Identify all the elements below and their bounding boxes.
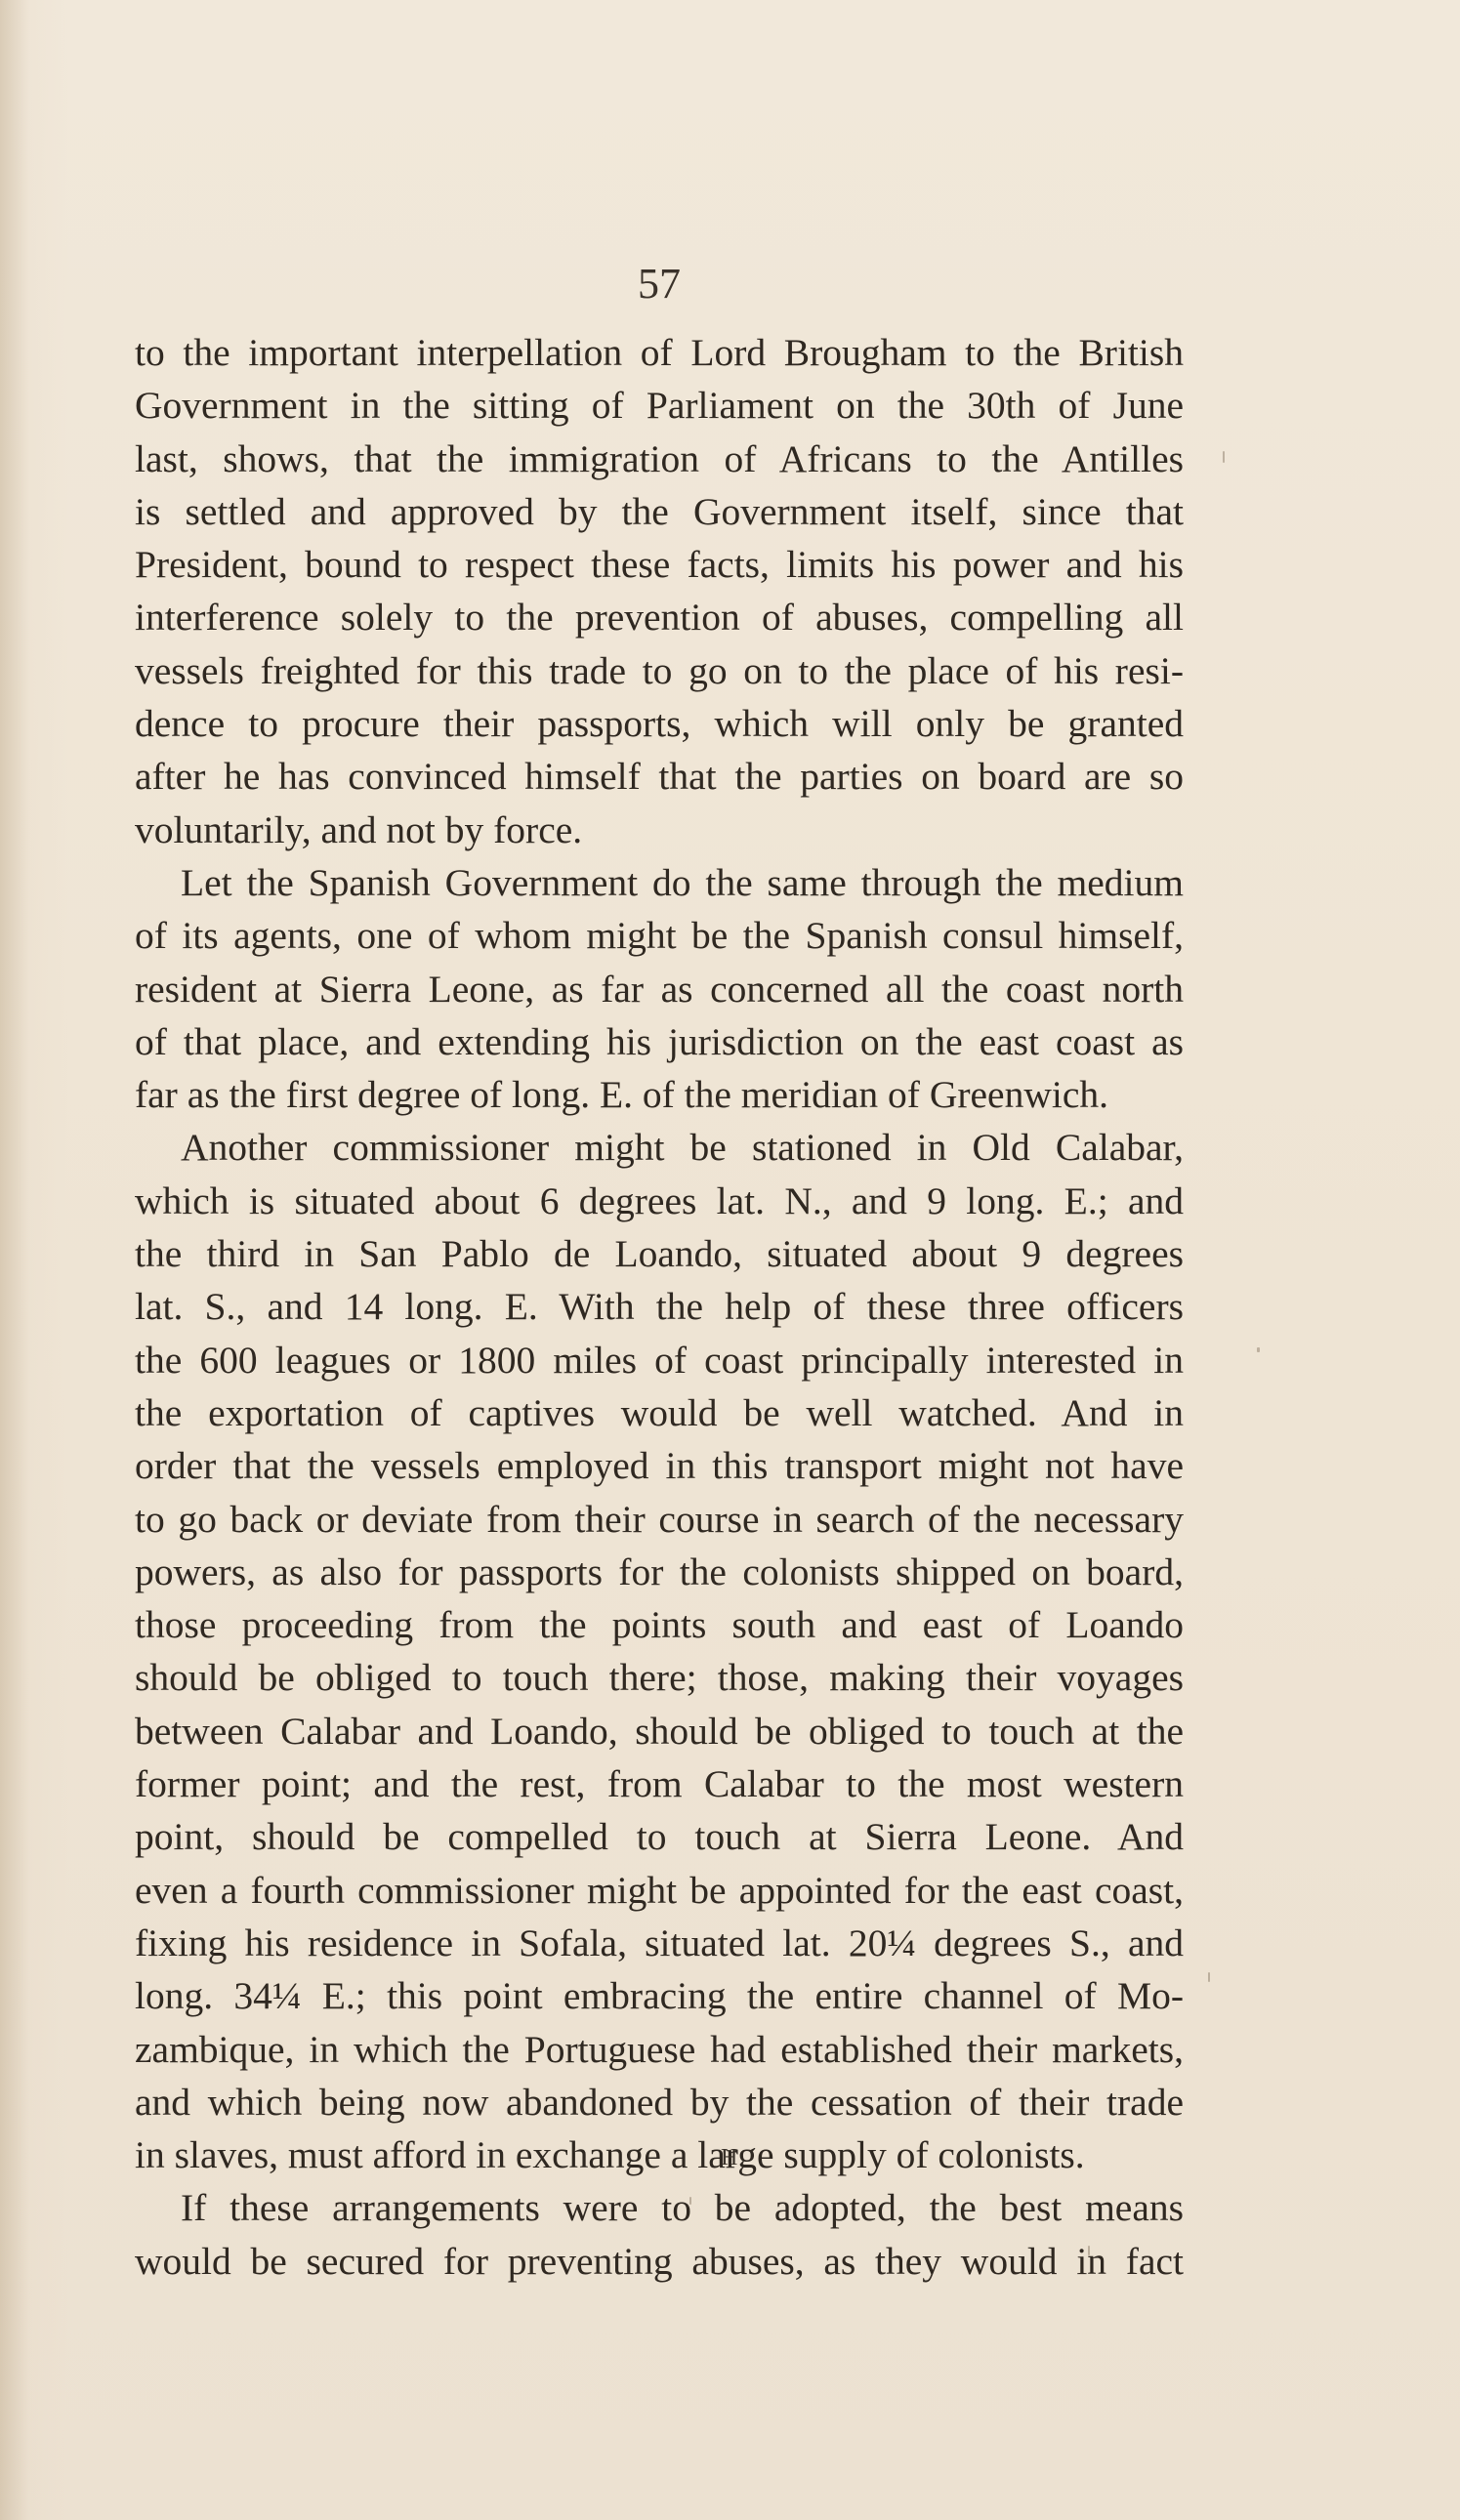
text-line: far as the first degree of long. E. of t…	[135, 1068, 1184, 1121]
body-text: to the important interpellation of Lord …	[135, 326, 1184, 2288]
book-page: 57 to the important interpellation of Lo…	[0, 0, 1460, 2520]
text-line: and which being now abandoned by the ces…	[135, 2076, 1184, 2128]
text-line: former point; and the rest, from Calabar…	[135, 1757, 1184, 1810]
text-line: point, should be compelled to touch at S…	[135, 1810, 1184, 1863]
page-number: 57	[0, 260, 1318, 309]
text-line: would be secured for preventing abuses, …	[135, 2235, 1184, 2288]
text-line: even a fourth commissioner might be appo…	[135, 1864, 1184, 1917]
text-line: long. 34¼ E.; this point embracing the e…	[135, 1969, 1184, 2022]
text-line: fixing his residence in Sofala, situated…	[135, 1917, 1184, 1969]
text-line: voluntarily, and not by force.	[135, 804, 1184, 856]
text-line: the 600 leagues or 1800 miles of coast p…	[135, 1334, 1184, 1386]
paper-speck	[689, 2197, 691, 2205]
paper-speck	[1208, 1972, 1210, 1982]
text-line: zambique, in which the Portuguese had es…	[135, 2023, 1184, 2076]
text-line: between Calabar and Loando, should be ob…	[135, 1705, 1184, 1757]
text-line: the exportation of captives would be wel…	[135, 1386, 1184, 1439]
text-line: after he has convinced himself that the …	[135, 750, 1184, 803]
text-line: Government in the sitting of Parliament …	[135, 379, 1184, 432]
text-line: of that place, and extending his jurisdi…	[135, 1015, 1184, 1068]
text-line: powers, as also for passports for the co…	[135, 1546, 1184, 1598]
text-line: those proceeding from the points south a…	[135, 1598, 1184, 1651]
paper-speck	[1223, 451, 1225, 463]
text-line: Another commissioner might be stationed …	[135, 1121, 1184, 1174]
text-line: President, bound to respect these facts,…	[135, 538, 1184, 591]
paragraph-4: If these arrangements were to be adopted…	[135, 2181, 1184, 2288]
paper-speck	[1088, 2246, 1090, 2255]
text-line: vessels freighted for this trade to go o…	[135, 644, 1184, 697]
text-line: should be obliged to touch there; those,…	[135, 1651, 1184, 1704]
text-line: order that the vessels employed in this …	[135, 1439, 1184, 1492]
paragraph-2: Let the Spanish Government do the same t…	[135, 856, 1184, 1121]
paragraph-1: to the important interpellation of Lord …	[135, 326, 1184, 856]
signature-mark: H	[721, 2144, 737, 2171]
text-line: which is situated about 6 degrees lat. N…	[135, 1175, 1184, 1227]
paper-speck	[1257, 1347, 1260, 1352]
text-line: interference solely to the prevention of…	[135, 591, 1184, 643]
text-line: to the important interpellation of Lord …	[135, 326, 1184, 379]
text-line: is settled and approved by the Governmen…	[135, 485, 1184, 538]
text-line: lat. S., and 14 long. E. With the help o…	[135, 1280, 1184, 1333]
text-line: last, shows, that the immigration of Afr…	[135, 433, 1184, 485]
text-line: in slaves, must afford in exchange a lar…	[135, 2128, 1184, 2181]
text-line: resident at Sierra Leone, as far as conc…	[135, 963, 1184, 1015]
paragraph-3: Another commissioner might be stationed …	[135, 1121, 1184, 2181]
text-line: the third in San Pablo de Loando, situat…	[135, 1227, 1184, 1280]
text-line: of its agents, one of whom might be the …	[135, 909, 1184, 962]
text-line: Let the Spanish Government do the same t…	[135, 856, 1184, 909]
text-line: If these arrangements were to be adopted…	[135, 2181, 1184, 2234]
text-line: to go back or deviate from their course …	[135, 1493, 1184, 1546]
text-line: dence to procure their passports, which …	[135, 697, 1184, 750]
